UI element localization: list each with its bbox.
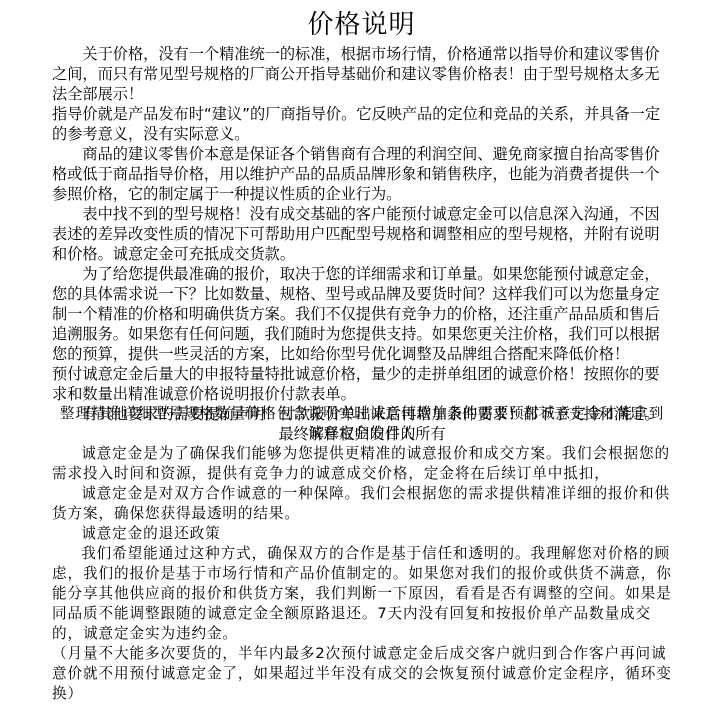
deposit-section: 整理精准详细型号规格数量价格包含说明实时诚意付款单表的需要预付诚意定金才能拿到 … <box>52 404 672 704</box>
price-explanation-section: 关于价格，没有一个精准统一的标准，根据市场行情，价格通常以指导价和建议零售价之间… <box>52 44 672 444</box>
paragraph-unlisted-models: 表中找不到的型号规格！没有成交基础的客户能预付诚意定金可以信息深入沟通，不因表述… <box>52 204 672 264</box>
paragraph-retail-price: 商品的建议零售价本意是保证各个销售商有合理的利润空间、避免商家擅自抬高零售价格或… <box>52 144 672 204</box>
page-title: 价格说明 <box>0 8 723 42</box>
refund-policy-heading: 诚意定金的退还政策 <box>52 524 672 544</box>
paragraph-deposit-guarantee: 诚意定金是对双方合作诚意的一种保障。我们会根据您的需求提供精准详细的报价和供货方… <box>52 484 672 524</box>
deposit-subheading: 诚意定金的目的 <box>52 424 672 444</box>
paragraph-deposit-pricing: 预付诚意定金后量大的申报特量特批诚意价格，量少的走拼单组团的诚意价格！按照你的要… <box>52 364 672 404</box>
paragraph-accurate-quote: 为了给您提供最准确的报价，取决于您的详细需求和订单量。如果您能预付诚意定金，您的… <box>52 264 672 364</box>
deposit-heading: 整理精准详细型号规格数量价格包含说明实时诚意付款单表的需要预付诚意定金才能拿到 <box>52 404 672 424</box>
paragraph-deposit-purpose: 诚意定金是为了确保我们能够为您提供更精准的诚意报价和成交方案。我们会根据您的需求… <box>52 444 672 484</box>
paragraph-repeat-customers: （月量不大能多次要货的，半年内最多2次预付诚意定金后成交客户就归到合作客户再问诚… <box>52 644 672 704</box>
paragraph-refund-policy: 我们希望能通过这种方式，确保双方的合作是基于信任和透明的。我理解您对价格的顾虑，… <box>52 544 672 644</box>
paragraph-guide-price: 指导价就是产品发布时“建议”的厂商指导价。它反映产品的定位和竞品的关系，并具备一… <box>52 104 672 144</box>
paragraph-pricing-intro: 关于价格，没有一个精准统一的标准，根据市场行情，价格通常以指导价和建议零售价之间… <box>52 44 672 104</box>
